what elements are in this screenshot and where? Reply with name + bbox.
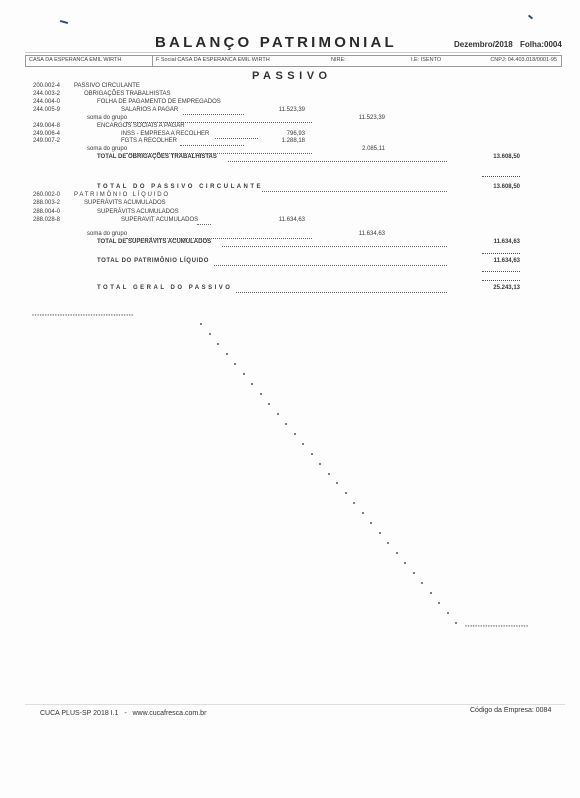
state-registration: I.E: ISENTO xyxy=(411,57,441,63)
scan-mark xyxy=(528,15,533,20)
account-description: FGTS A RECOLHER xyxy=(121,138,177,144)
page-number: Folha:0004 xyxy=(520,40,562,49)
total-label: TOTAL DE SUPERÁVITS ACUMULADOS xyxy=(97,239,211,245)
leader-dots xyxy=(228,161,447,162)
asterisk-mark xyxy=(447,612,449,614)
asterisk-mark xyxy=(379,532,381,534)
account-description: TOTAL DE OBRIGAÇÕES TRABALHISTAS xyxy=(97,154,217,160)
asterisk-mark xyxy=(328,473,330,475)
account-description: OBRIGAÇÕES TRABALHISTAS xyxy=(84,91,170,97)
asterisk-mark xyxy=(455,622,457,624)
total-geral-row: TOTAL GERAL DO PASSIVO 25.243,13 xyxy=(0,285,580,294)
account-description: ENCARGOS SOCIAIS A PAGAR xyxy=(97,123,185,129)
asterisk-mark xyxy=(294,433,296,435)
item-value: 11.523,39 xyxy=(279,107,305,113)
separator-dots xyxy=(482,176,520,177)
total-value: 13.608,50 xyxy=(493,154,520,160)
total-label: TOTAL DO PATRIMÔNIO LÍQUIDO xyxy=(97,258,209,264)
separator: - xyxy=(124,710,126,717)
total-value: 13.608,50 xyxy=(493,184,520,190)
asterisk-mark xyxy=(353,502,355,504)
account-code: 288.004-0 xyxy=(33,209,60,215)
account-description: FOLHA DE PAGAMENTO DE EMPREGADOS xyxy=(97,99,221,105)
account-description: SUPERÁVITS ACUMULADOS xyxy=(84,200,166,206)
asterisk-mark xyxy=(438,602,440,604)
asterisk-mark xyxy=(387,542,389,544)
asterisk-mark xyxy=(430,592,432,594)
leader-dots xyxy=(197,224,211,225)
group-sum-value: 11.634,63 xyxy=(359,231,385,237)
total-label: TOTAL DO PASSIVO CIRCULANTE xyxy=(97,184,263,190)
asterisk-mark xyxy=(413,572,415,574)
leader-dots xyxy=(222,246,447,247)
divider xyxy=(152,56,153,66)
software-version: CUCA PLUS-SP 2018 I.1 xyxy=(40,710,118,717)
total-value: 11.634,63 xyxy=(494,239,520,245)
company-code: Código da Empresa: 0084 xyxy=(470,707,551,714)
footer-divider xyxy=(25,704,565,705)
account-description: soma do grupo xyxy=(87,146,127,152)
asterisk-mark xyxy=(302,443,304,445)
total-superavits-row: TOTAL DE SUPERÁVITS ACUMULADOS 11.634,63 xyxy=(0,239,580,248)
cancellation-line-top: **************************************** xyxy=(32,314,134,320)
asterisk-mark xyxy=(396,552,398,554)
nire: NIRE: xyxy=(331,57,346,63)
company-name: CASA DA ESPERANCA EMIL WIRTH xyxy=(29,57,121,63)
asterisk-mark xyxy=(234,363,236,365)
separator-dots xyxy=(482,253,520,254)
leader-dots xyxy=(236,292,447,293)
account-description: PASSIVO CIRCULANTE xyxy=(74,83,140,89)
asterisk-mark xyxy=(336,482,338,484)
scan-mark xyxy=(60,20,68,24)
footer-software: CUCA PLUS-SP 2018 I.1 - www.cucafresca.c… xyxy=(40,710,206,717)
account-code: 244.003-2 xyxy=(33,91,60,97)
separator-dots xyxy=(482,271,520,272)
asterisk-mark xyxy=(421,582,423,584)
group-value: 2.085,11 xyxy=(362,146,385,152)
account-code: 249.004-8 xyxy=(33,123,60,129)
asterisk-mark xyxy=(243,373,245,375)
header-divider xyxy=(25,52,560,53)
group-value: 11.523,39 xyxy=(359,115,385,121)
account-code: 260.002-0 xyxy=(33,192,60,198)
account-description: SUPERÁVITS ACUMULADOS xyxy=(97,209,179,215)
account-code: 249.007-2 xyxy=(33,138,60,144)
total-pl-row: TOTAL DO PATRIMÔNIO LÍQUIDO 11.634,63 xyxy=(0,258,580,267)
website-link: www.cucafresca.com.br xyxy=(133,710,207,717)
asterisk-mark xyxy=(319,463,321,465)
asterisk-mark xyxy=(277,413,279,415)
asterisk-mark xyxy=(404,562,406,564)
asterisk-mark xyxy=(362,512,364,514)
total-label: TOTAL GERAL DO PASSIVO xyxy=(97,285,232,291)
account-row: 288.028-8SUPERAVIT ACUMULADOS11.634,63 xyxy=(0,217,580,226)
report-period: Dezembro/2018 xyxy=(454,40,513,49)
asterisk-mark xyxy=(268,403,270,405)
cancellation-line-bottom: ************************* xyxy=(465,625,529,631)
leader-dots xyxy=(214,265,447,266)
item-value: 796,93 xyxy=(287,131,305,137)
item-value: 1.288,18 xyxy=(282,138,305,144)
account-code: 200.002-4 xyxy=(33,83,60,89)
company-info-bar: CASA DA ESPERANCA EMIL WIRTH F Social CA… xyxy=(25,55,562,67)
separator-dots xyxy=(482,280,520,281)
asterisk-mark xyxy=(345,492,347,494)
account-code: 244.004-0 xyxy=(33,99,60,105)
asterisk-mark xyxy=(285,423,287,425)
account-code: 288.003-2 xyxy=(33,200,60,206)
asterisk-mark xyxy=(200,323,202,325)
account-description: PATRIMÔNIO LÍQUIDO xyxy=(74,192,170,198)
account-description: INSS - EMPRESA A RECOLHER xyxy=(121,131,209,137)
account-code: 244.005-9 xyxy=(33,107,60,113)
item-value: 11.634,63 xyxy=(279,217,305,223)
asterisk-mark xyxy=(217,343,219,345)
account-description: SUPERAVIT ACUMULADOS xyxy=(121,217,198,223)
account-description: SALARIOS A PAGAR xyxy=(121,107,178,113)
account-description: soma do grupo xyxy=(87,115,127,121)
account-code: 249.006-4 xyxy=(33,131,60,137)
asterisk-mark xyxy=(370,522,372,524)
asterisk-mark xyxy=(260,393,262,395)
total-value: 25.243,13 xyxy=(493,285,520,291)
asterisk-mark xyxy=(209,333,211,335)
cnpj: CNPJ: 04.403.018/0001-95 xyxy=(490,57,557,63)
report-title: BALANÇO PATRIMONIAL xyxy=(155,34,397,51)
asterisk-mark xyxy=(311,453,313,455)
group-sum-label: soma do grupo xyxy=(87,231,127,237)
account-code: 288.028-8 xyxy=(33,217,60,223)
total-value: 11.634,63 xyxy=(494,258,520,264)
total-row: TOTAL DE OBRIGAÇÕES TRABALHISTAS13.608,5… xyxy=(0,154,580,163)
social-name: F Social CASA DA ESPERANCA EMIL WIRTH xyxy=(156,57,270,63)
asterisk-mark xyxy=(226,353,228,355)
asterisk-mark xyxy=(251,383,253,385)
section-title: PASSIVO xyxy=(252,70,332,82)
